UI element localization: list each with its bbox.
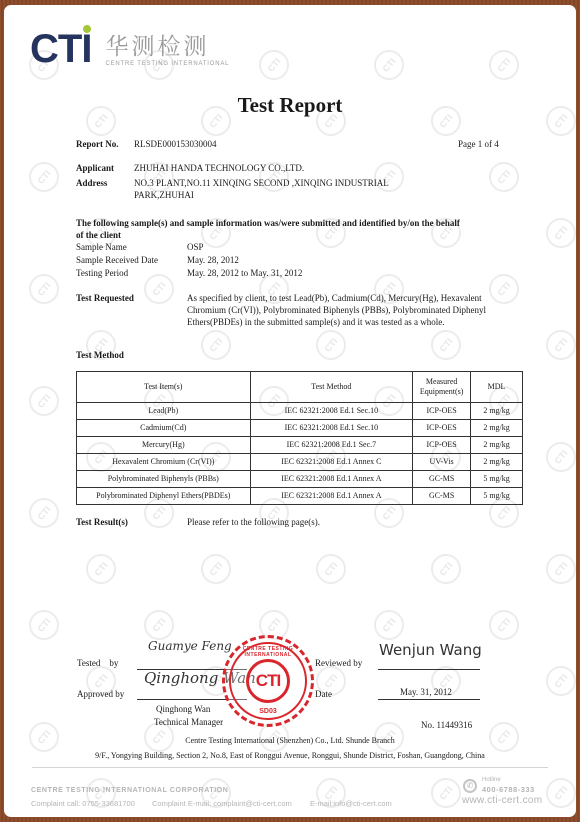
website: www.cti-cert.com (462, 795, 542, 806)
col-mdl: MDL (471, 372, 523, 403)
test-requested-label: Test Requested (76, 292, 134, 304)
cti-watermark-icon: CTI (23, 492, 65, 534)
period-label: Testing Period (76, 267, 128, 279)
sample-name: OSP (187, 241, 204, 253)
cell-mdl: 5 mg/kg (471, 471, 523, 488)
cell-mdl: 2 mg/kg (471, 403, 523, 420)
date-label: Date (315, 688, 332, 700)
cti-seal-stamp: CENTRE TESTING INTERNATIONAL CTI SD03 (222, 635, 314, 727)
logo-chinese: 华测检测 (105, 35, 229, 59)
cti-watermark-icon: CTI (23, 380, 65, 422)
cti-watermark-icon: CTI (425, 772, 467, 814)
cti-watermark-icon: CTI (483, 604, 525, 646)
cell-mdl: 5 mg/kg (471, 488, 523, 505)
cell-equipment: ICP-OES (413, 437, 471, 454)
cti-logo: CTI 华测检测 CENTRE TESTING INTERNATIONAL (30, 29, 229, 69)
cti-watermark-icon: CTI (23, 156, 65, 198)
report-no-label: Report No. (76, 138, 119, 150)
cell-equipment: GC-MS (413, 488, 471, 505)
test-requested-text: As specified by client, to test Lead(Pb)… (187, 292, 487, 328)
cell-test-item: Hexavalent Chromium (Cr(VI)) (77, 454, 251, 471)
cti-watermark-icon: CTI (540, 660, 576, 702)
footer-email: E-mail:info@cti-cert.com (310, 799, 392, 808)
col-equipment: Measured Equipment(s) (413, 372, 471, 403)
testing-period: May. 28, 2012 to May. 31, 2012 (187, 267, 302, 279)
reviewed-by-label: Reviewed by (315, 657, 362, 669)
applicant: ZHUHAI HANDA TECHNOLOGY CO.,LTD. (134, 162, 304, 174)
tested-by-label: Tested by (77, 657, 118, 669)
date-line (378, 699, 480, 700)
cell-test-item: Lead(Pb) (77, 403, 251, 420)
col-test-method: Test Method (250, 372, 413, 403)
cell-mdl: 2 mg/kg (471, 437, 523, 454)
cti-watermark-icon: CTI (540, 548, 576, 590)
cell-test-method: IEC 62321:2008 Ed.1 Sec.7 (250, 437, 413, 454)
cti-watermark-icon: CTI (195, 324, 237, 366)
cell-equipment: ICP-OES (413, 403, 471, 420)
table-row: Hexavalent Chromium (Cr(VI))IEC 62321:20… (77, 454, 523, 471)
received-date: May. 28, 2012 (187, 254, 239, 266)
cti-watermark-icon: CTI (23, 268, 65, 310)
cti-watermark-icon: CTI (540, 324, 576, 366)
address-line1: NO.3 PLANT,NO.11 XINQING SECOND ,XINQING… (134, 177, 389, 189)
logo-subtitle: CENTRE TESTING INTERNATIONAL (105, 61, 229, 67)
cell-test-item: Polybrominated Biphenyls (PBBs) (77, 471, 251, 488)
tested-by-signature: Guamye Feng (148, 639, 232, 653)
cell-mdl: 2 mg/kg (471, 454, 523, 471)
reviewed-by-signature: Wenjun Wang (379, 641, 482, 659)
cell-equipment: ICP-OES (413, 420, 471, 437)
page-title: Test Report (4, 93, 576, 118)
issuer-address: 9/F., Yongying Building, Section 2, No.8… (4, 750, 576, 762)
stamp-ring-text: CENTRE TESTING INTERNATIONAL (225, 646, 311, 658)
cti-watermark-icon: CTI (483, 156, 525, 198)
address-line2: PARK,ZHUHAI (134, 189, 194, 201)
cell-test-method: IEC 62321:2008 Ed.1 Sec.10 (250, 420, 413, 437)
cell-test-method: IEC 62321:2008 Ed.1 Annex A (250, 471, 413, 488)
cell-mdl: 2 mg/kg (471, 420, 523, 437)
footer-divider (32, 767, 548, 768)
document-number: No. 11449316 (421, 719, 472, 731)
table-row: Cadmium(Cd)IEC 62321:2008 Ed.1 Sec.10ICP… (77, 420, 523, 437)
page-indicator: Page 1 of 4 (458, 138, 499, 150)
reviewed-by-line (378, 669, 480, 670)
cti-watermark-icon: CTI (138, 268, 180, 310)
cti-watermark-icon: CTI (425, 548, 467, 590)
table-row: Lead(Pb)IEC 62321:2008 Ed.1 Sec.10ICP-OE… (77, 403, 523, 420)
sample-intro: The following sample(s) and sample infor… (76, 217, 466, 241)
cti-watermark-icon: CTI (253, 44, 295, 86)
logo-mark: CTI (30, 29, 91, 69)
hotline-label: Hotline (482, 777, 501, 783)
cti-watermark-icon: CTI (483, 268, 525, 310)
col-test-item: Test Item(s) (77, 372, 251, 403)
test-method-table: Test Item(s) Test Method Measured Equipm… (76, 371, 523, 505)
table-row: Polybrominated Diphenyl Ethers(PBDEs)IEC… (77, 488, 523, 505)
cell-test-item: Polybrominated Diphenyl Ethers(PBDEs) (77, 488, 251, 505)
footer-complaint-call: Complaint call: 0755-33681700 (31, 799, 135, 808)
footer-corp: CENTRE TESTING INTERNATIONAL CORPORATION (31, 787, 228, 794)
cti-watermark-icon: CTI (368, 604, 410, 646)
cell-test-item: Cadmium(Cd) (77, 420, 251, 437)
cti-watermark-icon: CTI (540, 772, 576, 814)
phone-icon: ✆ (463, 779, 477, 793)
cti-watermark-icon: CTI (80, 548, 122, 590)
approver-name: Qinghong Wan (156, 703, 210, 715)
cti-watermark-icon: CTI (23, 604, 65, 646)
cti-watermark-icon: CTI (425, 324, 467, 366)
table-header-row: Test Item(s) Test Method Measured Equipm… (77, 372, 523, 403)
cell-test-method: IEC 62321:2008 Ed.1 Annex A (250, 488, 413, 505)
table-row: Polybrominated Biphenyls (PBBs)IEC 62321… (77, 471, 523, 488)
footer-complaint-email: Complaint E-mail: complaint@cti-cert.com (152, 799, 292, 808)
cell-test-method: IEC 62321:2008 Ed.1 Annex C (250, 454, 413, 471)
applicant-label: Applicant (76, 162, 114, 174)
cell-test-method: IEC 62321:2008 Ed.1 Sec.10 (250, 403, 413, 420)
cell-equipment: UV-Vis (413, 454, 471, 471)
cti-watermark-icon: CTI (540, 212, 576, 254)
test-method-label: Test Method (76, 349, 124, 361)
cell-equipment: GC-MS (413, 471, 471, 488)
issuer-company: Centre Testing International (Shenzhen) … (4, 735, 576, 747)
approval-date: May. 31, 2012 (400, 686, 452, 698)
report-page: CTICTICTICTICTICTICTICTICTICTICTICTICTIC… (4, 5, 576, 817)
received-label: Sample Received Date (76, 254, 158, 266)
approved-by-label: Approved by (77, 688, 124, 700)
address-label: Address (76, 177, 107, 189)
approver-title: Technical Manager (154, 716, 223, 728)
cti-watermark-icon: CTI (195, 548, 237, 590)
sample-name-label: Sample Name (76, 241, 127, 253)
hotline-number: 400-6788-333 (482, 785, 535, 794)
report-no: RLSDE000153030004 (134, 138, 217, 150)
cti-watermark-icon: CTI (540, 436, 576, 478)
cti-watermark-icon: CTI (368, 44, 410, 86)
stamp-code: SD03 (225, 708, 311, 715)
test-result-label: Test Result(s) (76, 516, 128, 528)
table-row: Mercury(Hg)IEC 62321:2008 Ed.1 Sec.7ICP-… (77, 437, 523, 454)
cti-watermark-icon: CTI (310, 548, 352, 590)
cell-test-item: Mercury(Hg) (77, 437, 251, 454)
cti-watermark-icon: CTI (483, 44, 525, 86)
cti-watermark-icon: CTI (310, 324, 352, 366)
test-result-text: Please refer to the following page(s). (187, 516, 320, 528)
